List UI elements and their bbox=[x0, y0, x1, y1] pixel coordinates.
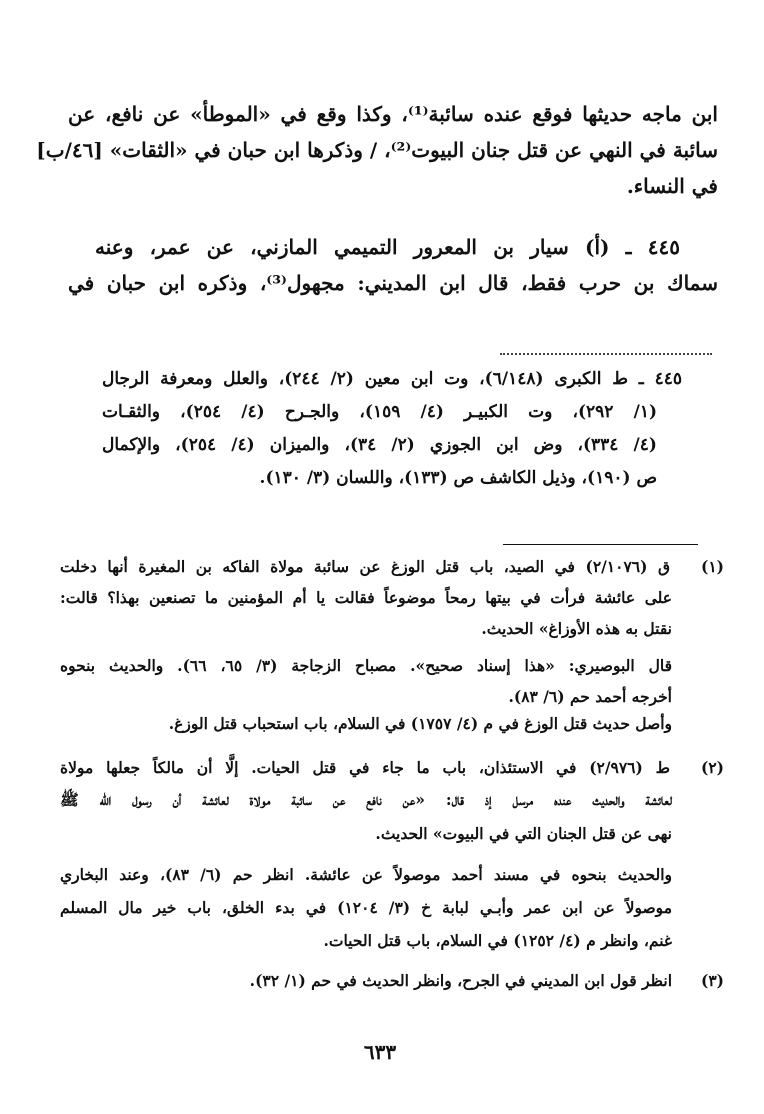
footnote-2-line-5: موصولاً عن ابن عمر وأبـي لبابة خ (٣/ ١٢٠… bbox=[60, 900, 672, 916]
dotted-separator bbox=[500, 353, 712, 355]
footnote-1-line-2: على عائشة فرأت في بيتها رمحاً موضوعاً فق… bbox=[60, 590, 672, 606]
footnote-3-line-1: انظر قول ابن المديني في الجرح، وانظر الح… bbox=[250, 973, 672, 989]
footnote-1-line-4: قال البوصيري: «هذا إسناد صحيح». مصباح ال… bbox=[60, 658, 672, 674]
footnote-1-line-1: ق (٢/١٠٧٦) في الصيد، باب قتل الوزغ عن سا… bbox=[60, 559, 670, 575]
footnote-1-line-6: وأصل حديث قتل الوزغ في م (٤/ ١٧٥٧) في ال… bbox=[169, 716, 672, 732]
footnote-rule bbox=[503, 544, 698, 545]
footnote-3-marker: (٣) bbox=[701, 973, 724, 989]
footnote-1-line-3: نقتل به هذه الأوزاغ» الحديث. bbox=[481, 621, 672, 637]
footnote-1-marker: (١) bbox=[701, 559, 724, 575]
footnote-2-line-1: ط (٢/٩٧٦) في الاستئذان، باب ما جاء في قت… bbox=[60, 760, 670, 776]
footnote-2-line-3: نهى عن قتل الجنان التي في البيوت» الحديث… bbox=[375, 826, 672, 842]
footnote-1-line-5: أخرجه أحمد حم (٦/ ٨٣). bbox=[508, 689, 672, 705]
sources-line-4: ص (١٩٠)، وذيل الكاشف ص (١٣٣)، واللسان (٣… bbox=[260, 470, 657, 487]
main-text-line-2: سائبة في النهي عن قتل جنان البيوت⁽²⁾، / … bbox=[60, 140, 718, 160]
footnote-2-line-4: والحديث بنحوه في مسند أحمد موصولاً عن عا… bbox=[60, 867, 672, 883]
sources-line-1: ٤٤٥ ـ ط الكبرى (٦/١٤٨)، وت ابن معين (٢/ … bbox=[102, 371, 682, 388]
footnote-2-line-2: لعائشة والحديث عنده مرسل إذ قال: «عن ناف… bbox=[60, 792, 672, 808]
sources-line-2: (١/ ٢٩٢)، وت الكبيـر (٤/ ١٥٩)، والجـرح (… bbox=[102, 404, 657, 421]
main-text-line-1: ابن ماجه حديثها فوقع عنده سائبة⁽¹⁾، وكذا… bbox=[68, 104, 718, 124]
entry-445-line-1: ٤٤٥ ـ (أ) سيار بن المعرور التميمي المازن… bbox=[95, 237, 680, 257]
main-text-line-3: في النساء. bbox=[627, 176, 718, 196]
book-page: ابن ماجه حديثها فوقع عنده سائبة⁽¹⁾، وكذا… bbox=[0, 0, 764, 1114]
sources-line-3: (٤/ ٣٣٤)، وض ابن الجوزي (٢/ ٣٤)، والميزا… bbox=[102, 437, 657, 454]
entry-445-line-2: سماك بن حرب فقط، قال ابن المديني: مجهول⁽… bbox=[68, 273, 718, 293]
footnote-2-marker: (٢) bbox=[701, 760, 724, 776]
footnote-2-line-6: غنم، وانظر م (٤/ ١٢٥٢) في السلام، باب قت… bbox=[323, 933, 672, 949]
page-number: ٦٣٣ bbox=[330, 1040, 430, 1064]
